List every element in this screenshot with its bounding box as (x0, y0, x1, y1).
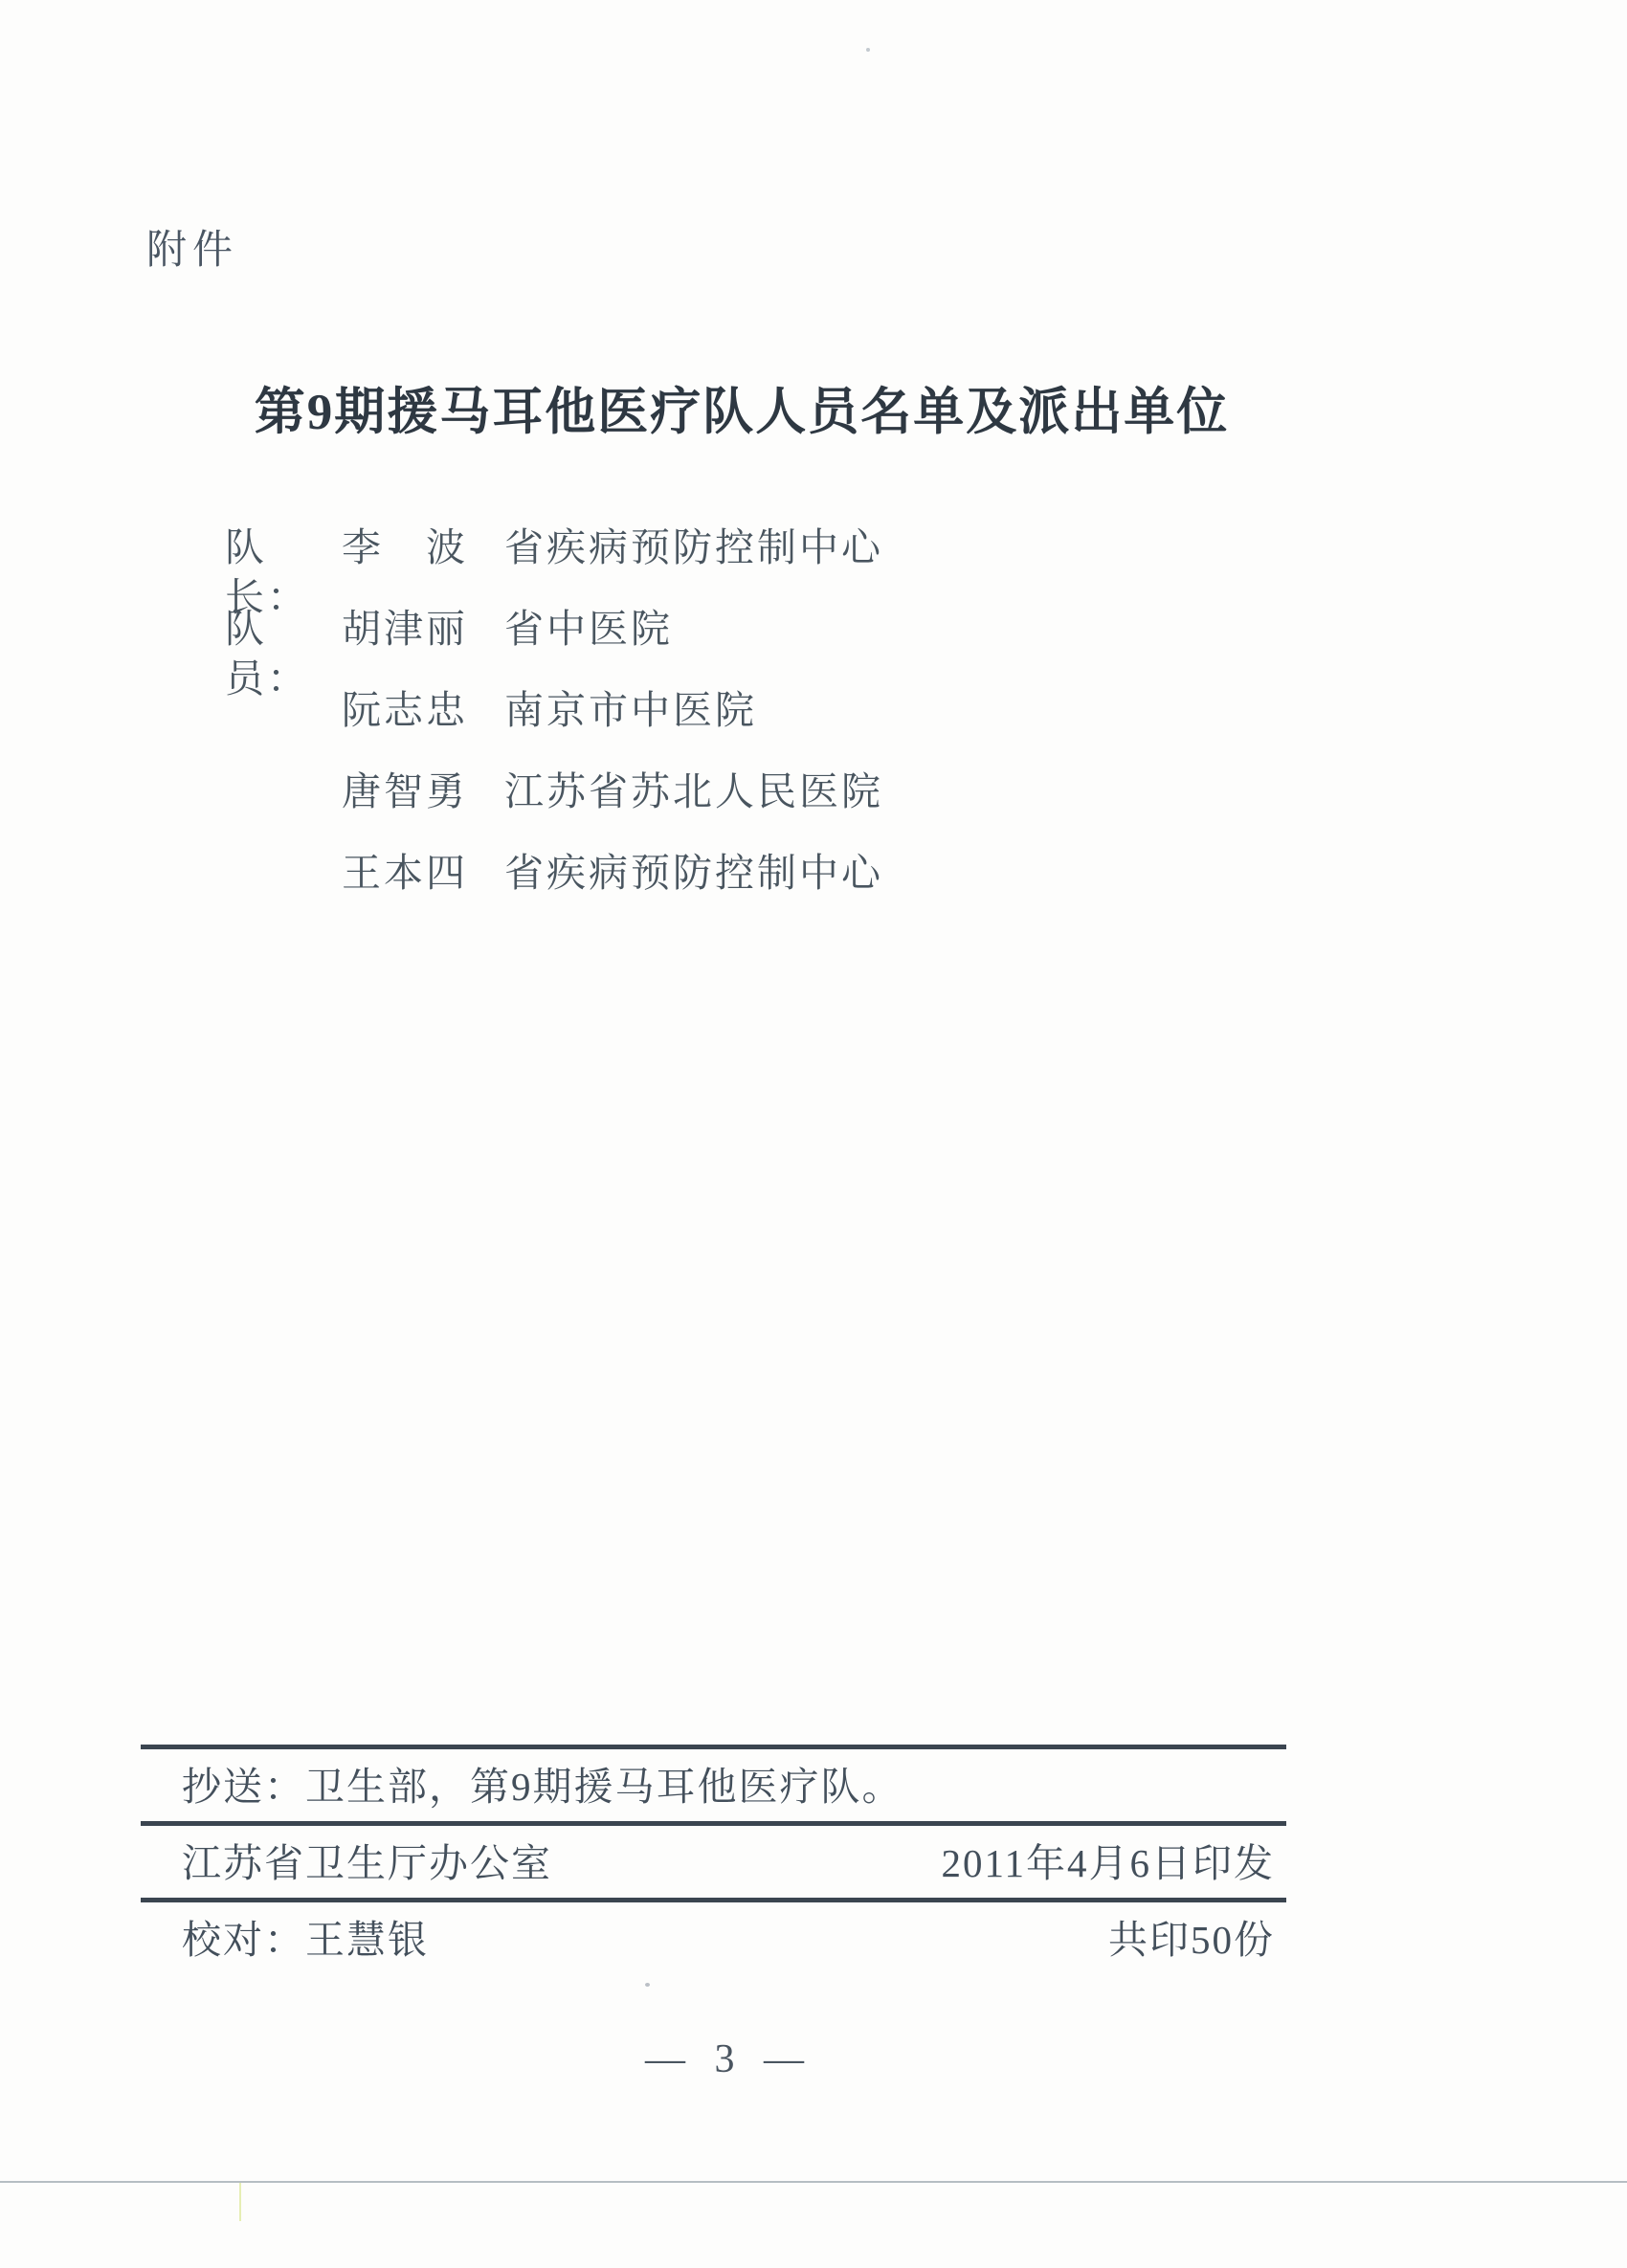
scan-artifact-line (0, 2181, 1627, 2183)
issuer-row: 江苏省卫生厅办公室 2011年4月6日印发 (141, 1826, 1286, 1898)
roster-unit: 江苏省苏北人民医院 (504, 767, 883, 816)
scan-speck (866, 48, 870, 52)
roster-row-leader: 队长： 李 波 省疾病预防控制中心 (225, 523, 883, 604)
document-page: 附件 第9期援马耳他医疗队人员名单及派出单位 队长： 李 波 省疾病预防控制中心… (0, 0, 1627, 2268)
cc-row: 抄送：卫生部，第9期援马耳他医疗队。 (141, 1749, 1286, 1821)
roster-name: 唐智勇 (342, 767, 504, 816)
attachment-label: 附件 (146, 218, 238, 276)
roster-unit: 省疾病预防控制中心 (504, 523, 883, 572)
roster-role: 队员： (225, 604, 342, 703)
scan-artifact-tick (239, 2183, 241, 2221)
page-number: — 3 — (645, 2036, 813, 2082)
proofreader-row: 校对：王慧银 共印50份 (141, 1902, 1286, 1974)
cc-line: 抄送：卫生部，第9期援马耳他医疗队。 (182, 1763, 903, 1811)
roster-row-member: 队员： 胡津丽 省中医院 (225, 604, 883, 685)
roster-name: 王本四 (342, 848, 504, 898)
document-footer: 抄送：卫生部，第9期援马耳他医疗队。 江苏省卫生厅办公室 2011年4月6日印发… (141, 1745, 1286, 1974)
roster-list: 队长： 李 波 省疾病预防控制中心 队员： 胡津丽 省中医院 阮志忠 南京市中医… (225, 523, 883, 929)
roster-unit: 南京市中医院 (504, 685, 757, 735)
issue-date: 2011年4月6日印发 (942, 1839, 1275, 1887)
scan-speck (645, 1983, 650, 1987)
document-title: 第9期援马耳他医疗队人员名单及派出单位 (255, 371, 1230, 444)
issuer: 江苏省卫生厅办公室 (182, 1839, 552, 1887)
roster-name: 阮志忠 (342, 685, 504, 735)
roster-name: 胡津丽 (342, 604, 504, 654)
copies-count: 共印50份 (1108, 1916, 1275, 1964)
roster-unit: 省疾病预防控制中心 (504, 848, 883, 898)
roster-name: 李 波 (342, 523, 504, 572)
proofreader-line: 校对：王慧银 (182, 1916, 429, 1964)
roster-row-member: 王本四 省疾病预防控制中心 (225, 848, 883, 929)
roster-row-member: 唐智勇 江苏省苏北人民医院 (225, 767, 883, 848)
roster-unit: 省中医院 (504, 604, 673, 654)
